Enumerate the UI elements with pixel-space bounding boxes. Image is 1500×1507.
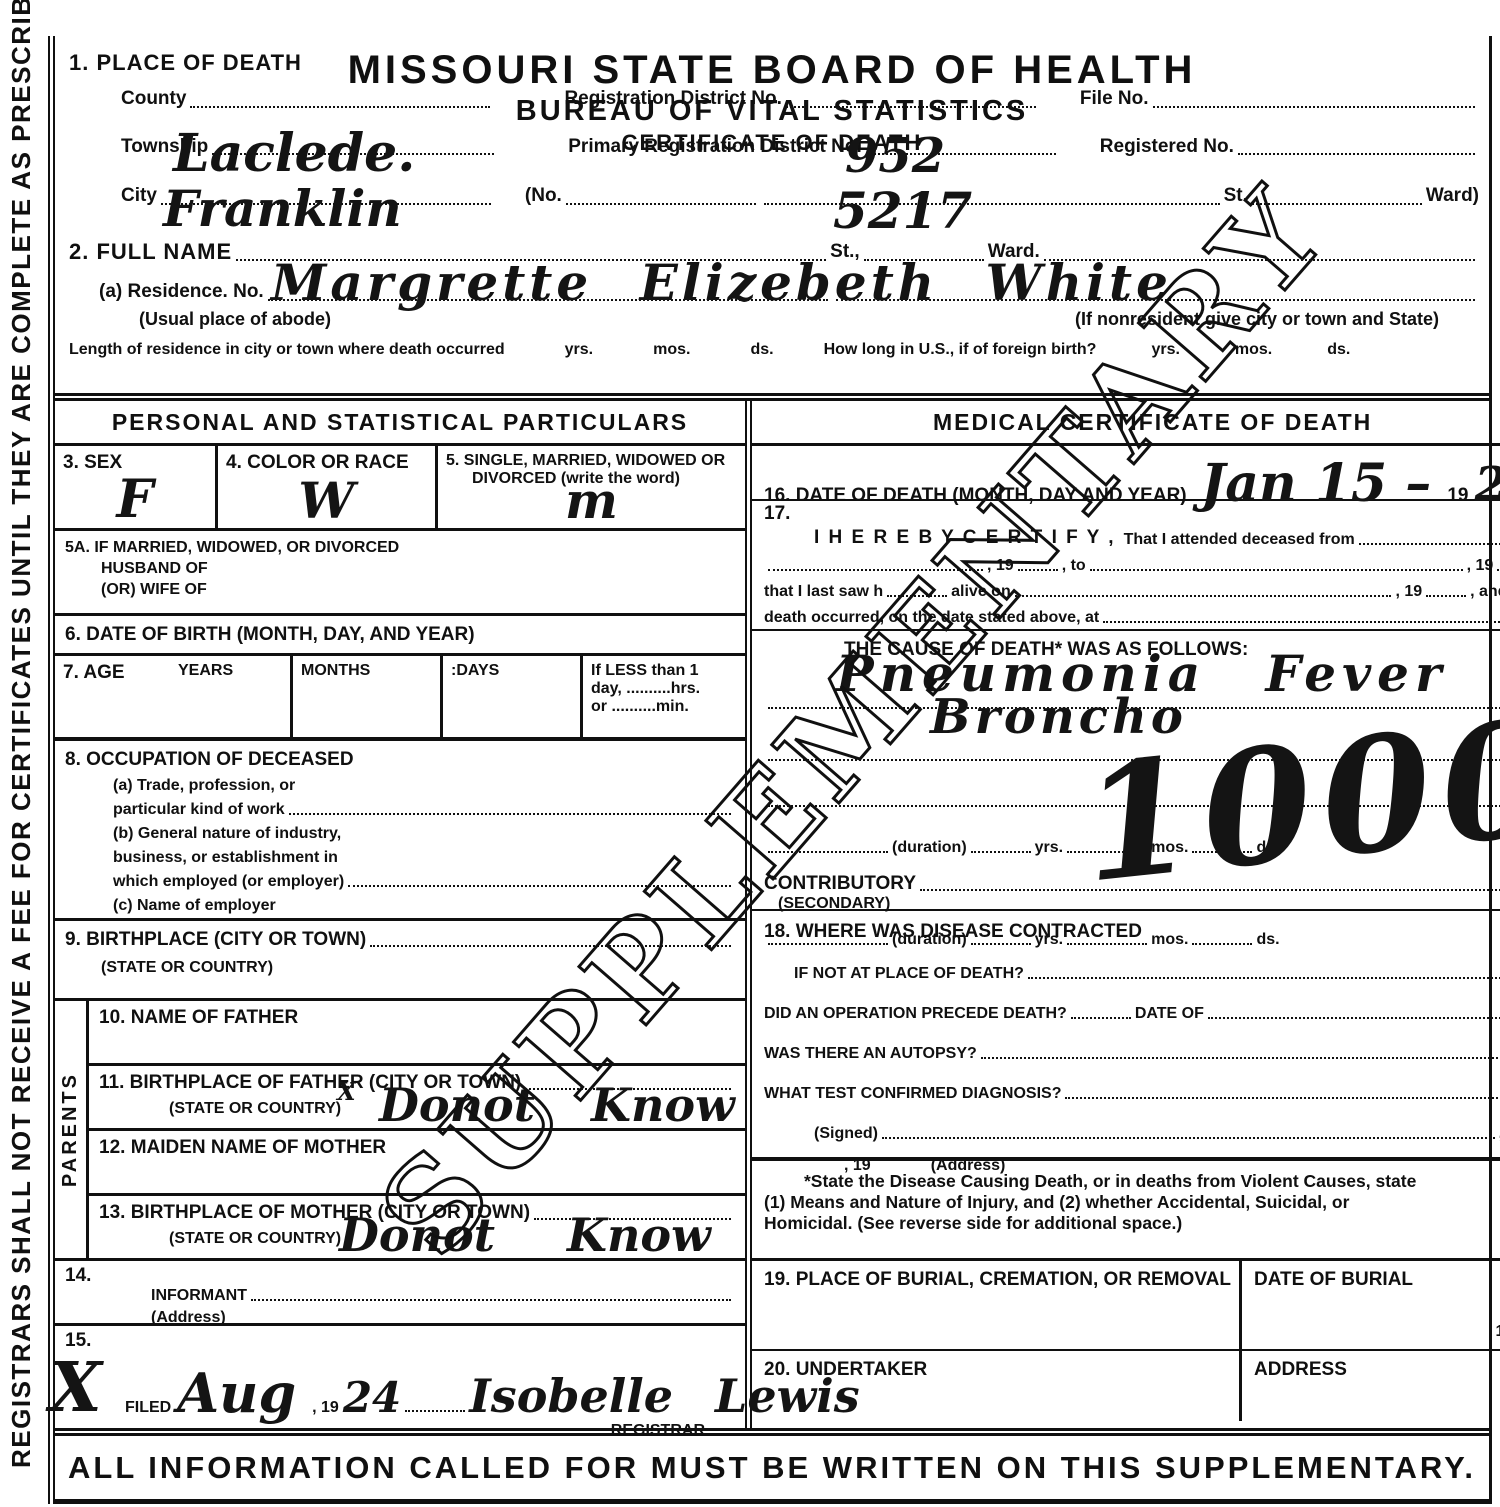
place-and-name-section: 1. PLACE OF DEATH County Registration Di… <box>55 36 1489 401</box>
occ-b2: business, or establishment in <box>113 849 735 867</box>
undertaker-row: 20. UNDERTAKER ADDRESS <box>752 1351 1500 1421</box>
burial-date-cell: DATE OF BURIAL 19 <box>1242 1261 1500 1349</box>
mother-birthplace-row: 13. BIRTHPLACE OF MOTHER (CITY OR TOWN) … <box>89 1193 745 1258</box>
birthplace-line <box>370 941 731 947</box>
banner-text: ALL INFORMATION CALLED FOR MUST BE WRITT… <box>68 1450 1476 1486</box>
s14-number: 14. <box>65 1265 735 1287</box>
race-value-handwriting: W <box>218 476 435 526</box>
death-occurred-line <box>1103 617 1500 623</box>
age-years-cell: YEARS <box>170 656 290 737</box>
howlong-label: How long in U.S., if of foreign birth? <box>824 339 1097 361</box>
operation-line <box>1071 1013 1131 1019</box>
birthplace-state-label: (STATE OR COUNTRY) <box>101 959 735 977</box>
howlong-yrs: yrs. <box>1151 339 1179 361</box>
autopsy-line <box>981 1053 1500 1059</box>
footnote-line-3: Homicidal. (See reverse side for additio… <box>764 1213 1500 1234</box>
certify-line-1 <box>1359 539 1500 545</box>
bottom-banner: ALL INFORMATION CALLED FOR MUST BE WRITT… <box>55 1428 1489 1504</box>
duration-yrs: yrs. <box>1035 839 1063 857</box>
howlong-mos: mos. <box>1235 339 1272 361</box>
age-less-cell: If LESS than 1 day, ..........hrs. or ..… <box>580 656 745 737</box>
bottom-x-mark-handwriting: X <box>49 1354 102 1422</box>
margin-note: REGISTRARS SHALL NOT RECEIVE A FEE FOR C… <box>6 48 37 1468</box>
undertaker-address-cell: ADDRESS <box>1242 1351 1500 1421</box>
occupation-title: 8. OCCUPATION OF DECEASED <box>65 749 735 771</box>
registered-no-line <box>1238 149 1475 155</box>
filed-month-handwriting: Aug <box>177 1366 296 1420</box>
primary-registration-value-handwriting: 5217 <box>833 186 972 236</box>
age-less-1: If LESS than 1 <box>591 662 737 680</box>
burial-place-cell: 19. PLACE OF BURIAL, CREMATION, OR REMOV… <box>752 1261 1242 1349</box>
age-cell: 7. AGE <box>55 656 170 737</box>
not-at-place-label: IF NOT AT PLACE OF DEATH? <box>794 965 1024 983</box>
certify-to: , to <box>1062 557 1086 575</box>
parents-section: PARENTS 10. NAME OF FATHER 11. BIRTHPLAC… <box>55 1001 745 1261</box>
informant-address-label: (Address) <box>151 1309 735 1327</box>
personal-column: PERSONAL AND STATISTICAL PARTICULARS 3. … <box>55 401 752 1428</box>
date-of-birth-row: 6. DATE OF BIRTH (MONTH, DAY, AND YEAR) <box>55 616 745 656</box>
length-residence-label: Length of residence in city or town wher… <box>69 339 505 361</box>
burial-19: 19 <box>1495 1323 1500 1341</box>
operation-label: DID AN OPERATION PRECEDE DEATH? <box>764 1005 1067 1023</box>
race-label: 4. COLOR OR RACE <box>226 452 409 473</box>
age-days-cell: :DAYS <box>440 656 580 737</box>
file-no-label: File No. <box>1080 86 1149 112</box>
certify-19b: , 19 <box>1467 557 1494 575</box>
birthplace-label: 9. BIRTHPLACE (CITY OR TOWN) <box>65 929 366 951</box>
house-no-label: (No. <box>525 183 562 209</box>
s5a-line3: (OR) WIFE OF <box>101 581 735 599</box>
sex-race-marital-row: 3. SEX F 4. COLOR OR RACE W 5. SINGLE, M… <box>55 446 745 531</box>
parents-label: PARENTS <box>59 1072 82 1187</box>
footnote-line-2: (1) Means and Nature of Injury, and (2) … <box>764 1192 1500 1213</box>
duration-label: (duration) <box>892 839 967 857</box>
date-of-label: DATE OF <box>1135 1005 1204 1023</box>
burial-date-label: DATE OF BURIAL <box>1254 1269 1413 1290</box>
autopsy-label: WAS THERE AN AUTOPSY? <box>764 1045 977 1063</box>
occ-b-line <box>348 881 731 887</box>
length-ds: ds. <box>750 339 773 361</box>
filed-gap-line <box>405 1406 465 1412</box>
mother-birthplace-value-handwriting: Donot Know <box>339 1212 711 1258</box>
registration-district-line <box>786 102 1036 108</box>
age-days-label: :DAYS <box>451 662 499 679</box>
residence-label: (a) Residence. No. <box>99 279 264 305</box>
father-birthplace-value-handwriting: Donot Know <box>379 1082 735 1128</box>
duration-line-1 <box>971 847 1031 853</box>
occ-a2-row: particular kind of work <box>113 801 735 819</box>
undertaker-address-label: ADDRESS <box>1254 1359 1347 1380</box>
occ-c: (c) Name of employer <box>113 897 735 915</box>
certify-line-4 <box>1090 565 1463 571</box>
filed-year-handwriting: 24 <box>343 1377 401 1419</box>
burial-row: 19. PLACE OF BURIAL, CREMATION, OR REMOV… <box>752 1261 1500 1351</box>
county-row: County Registration District No. File No… <box>69 86 1479 112</box>
disease-contracted-section: 18. WHERE WAS DISEASE CONTRACTED IF NOT … <box>752 911 1500 1161</box>
registration-district-label: Registration District No. <box>564 86 781 112</box>
death-certificate-scan: REGISTRARS SHALL NOT RECEIVE A FEE FOR C… <box>0 0 1500 1507</box>
certify-line-3 <box>1018 565 1058 571</box>
length-mos: mos. <box>653 339 690 361</box>
columns: PERSONAL AND STATISTICAL PARTICULARS 3. … <box>55 401 1489 1428</box>
signed-label: (Signed) <box>814 1125 878 1143</box>
lastsaw-line-2 <box>1015 591 1392 597</box>
age-less-2: day, ..........hrs. <box>591 680 737 698</box>
marital-cell: 5. SINGLE, MARRIED, WIDOWED OR DIVORCED … <box>435 446 745 528</box>
place-of-death-title: 1. PLACE OF DEATH <box>69 50 1479 76</box>
marital-label-1: 5. SINGLE, MARRIED, WIDOWED OR <box>446 452 737 470</box>
alive-on-label: alive on <box>951 583 1011 601</box>
age-less-3: or ..........min. <box>591 698 737 716</box>
primary-registration-label: Primary Registration District No. <box>568 134 862 160</box>
township-value-handwriting: Franklin <box>163 184 402 234</box>
burial-place-label: 19. PLACE OF BURIAL, CREMATION, OR REMOV… <box>764 1269 1231 1290</box>
date-of-line <box>1208 1013 1500 1019</box>
full-name-value-handwriting: Margrette Elizebeth White <box>271 258 1172 308</box>
age-label: 7. AGE <box>63 662 125 683</box>
lastsaw-label: that I last saw h <box>764 583 883 601</box>
undertaker-cell: 20. UNDERTAKER <box>752 1351 1242 1421</box>
signed-line <box>882 1133 1495 1139</box>
street-label: St. <box>1224 183 1248 209</box>
big-scrawl-handwriting: 1000 <box>1075 698 1500 905</box>
certify-line-2 <box>768 565 983 571</box>
informant-line <box>251 1295 731 1301</box>
occupation-row: 8. OCCUPATION OF DECEASED (a) Trade, pro… <box>55 741 745 921</box>
informant-row: 14. INFORMANT (Address) <box>55 1261 745 1326</box>
county-label: County <box>121 86 186 112</box>
county-value-handwriting: Laclede. <box>173 128 415 180</box>
occ-a-line <box>289 809 731 815</box>
registered-no-label: Registered No. <box>1100 134 1234 160</box>
and-that-label: , and that <box>1470 583 1500 601</box>
race-cell: 4. COLOR OR RACE W <box>215 446 435 528</box>
mother-name-row: 12. MAIDEN NAME OF MOTHER <box>89 1128 745 1193</box>
lastsaw-line-3 <box>1426 591 1466 597</box>
certify-rest: That I attended deceased from <box>1124 531 1355 549</box>
medical-column: MEDICAL CERTIFICATE OF DEATH 16. DATE OF… <box>752 401 1500 1428</box>
marital-value-handwriting: m <box>438 476 745 526</box>
birthplace-row: 9. BIRTHPLACE (CITY OR TOWN) (STATE OR C… <box>55 921 745 1001</box>
mother-name-label: 12. MAIDEN NAME OF MOTHER <box>99 1137 386 1158</box>
married-widowed-row: 5A. IF MARRIED, WIDOWED, OR DIVORCED HUS… <box>55 531 745 616</box>
test-label: WHAT TEST CONFIRMED DIAGNOSIS? <box>764 1085 1061 1103</box>
age-months-label: MONTHS <box>301 662 370 679</box>
personal-title: PERSONAL AND STATISTICAL PARTICULARS <box>55 401 745 446</box>
contributory-label: CONTRIBUTORY <box>764 873 916 895</box>
dob-label: 6. DATE OF BIRTH (MONTH, DAY, AND YEAR) <box>65 624 475 645</box>
age-years-label: YEARS <box>178 662 233 679</box>
ward-line <box>1252 199 1422 205</box>
not-at-place-line <box>1028 973 1500 979</box>
lastsaw-19: , 19 <box>1395 583 1422 601</box>
occ-b3: which employed (or employer) <box>113 873 344 891</box>
father-name-label: 10. NAME OF FATHER <box>99 1007 298 1028</box>
city-label: City <box>121 183 157 209</box>
sex-cell: 3. SEX F <box>55 446 215 528</box>
filed-label: FILED <box>125 1399 171 1417</box>
age-months-cell: MONTHS <box>290 656 440 737</box>
date-of-death-row: 16. DATE OF DEATH (MONTH, DAY AND YEAR) … <box>752 446 1500 501</box>
certify-section: 17. I H E R E B Y C E R T I F Y , That I… <box>752 501 1500 631</box>
county-line <box>190 102 490 108</box>
filed-row: 15. FILED Aug , 19 24 Isobelle Lewis REG… <box>55 1326 745 1421</box>
length-residence-row: Length of residence in city or town wher… <box>69 339 1479 361</box>
footnote-section: *State the Disease Causing Death, or in … <box>752 1161 1500 1261</box>
s5a-line2: HUSBAND OF <box>101 560 735 578</box>
age-row: 7. AGE YEARS MONTHS :DAYS If LESS than 1… <box>55 656 745 741</box>
length-yrs: yrs. <box>565 339 593 361</box>
informant-label: INFORMANT <box>151 1287 247 1305</box>
occ-a1: (a) Trade, profession, or <box>113 777 735 795</box>
certificate-form: MISSOURI STATE BOARD OF HEALTH BUREAU OF… <box>48 36 1492 1504</box>
s5a-line1: 5A. IF MARRIED, WIDOWED, OR DIVORCED <box>65 539 735 557</box>
s15-number: 15. <box>65 1330 735 1352</box>
ward-label: Ward) <box>1426 183 1479 209</box>
cause-of-death-section: THE CAUSE OF DEATH* WAS AS FOLLOWS: (dur… <box>752 631 1500 911</box>
footnote-line-1: *State the Disease Causing Death, or in … <box>804 1171 1500 1192</box>
father-x-handwriting: X <box>337 1080 356 1104</box>
certify-bold: I H E R E B Y C E R T I F Y , <box>814 527 1116 549</box>
s18-label: 18. WHERE WAS DISEASE CONTRACTED <box>764 921 1500 943</box>
medical-title: MEDICAL CERTIFICATE OF DEATH <box>752 401 1500 446</box>
occ-b1: (b) General nature of industry, <box>113 825 735 843</box>
house-no-line <box>566 199 756 205</box>
file-no-line <box>1153 102 1475 108</box>
undertaker-label: 20. UNDERTAKER <box>764 1359 927 1380</box>
howlong-ds: ds. <box>1327 339 1350 361</box>
parents-rows: 10. NAME OF FATHER 11. BIRTHPLACE OF FAT… <box>89 1001 745 1258</box>
parents-tab: PARENTS <box>55 1001 89 1258</box>
duration-lead-line <box>768 847 888 853</box>
occ-a2: particular kind of work <box>113 801 285 819</box>
father-name-row: 10. NAME OF FATHER <box>89 1001 745 1063</box>
sex-value-handwriting: F <box>55 474 215 526</box>
father-birthplace-row: 11. BIRTHPLACE OF FATHER (CITY OR TOWN) … <box>89 1063 745 1128</box>
occ-b3-row: which employed (or employer) <box>113 873 735 891</box>
death-occurred-label: death occurred, on the date stated above… <box>764 609 1099 627</box>
full-name-label: 2. FULL NAME <box>69 239 232 265</box>
sex-label: 3. SEX <box>63 452 122 473</box>
certify-19a: , 19 <box>987 557 1014 575</box>
lastsaw-line-1 <box>887 591 947 597</box>
test-line <box>1065 1093 1500 1099</box>
filed-19: , 19 <box>312 1399 339 1417</box>
s17-number: 17. <box>764 503 1500 525</box>
registration-district-value-handwriting: 952 <box>845 132 945 180</box>
